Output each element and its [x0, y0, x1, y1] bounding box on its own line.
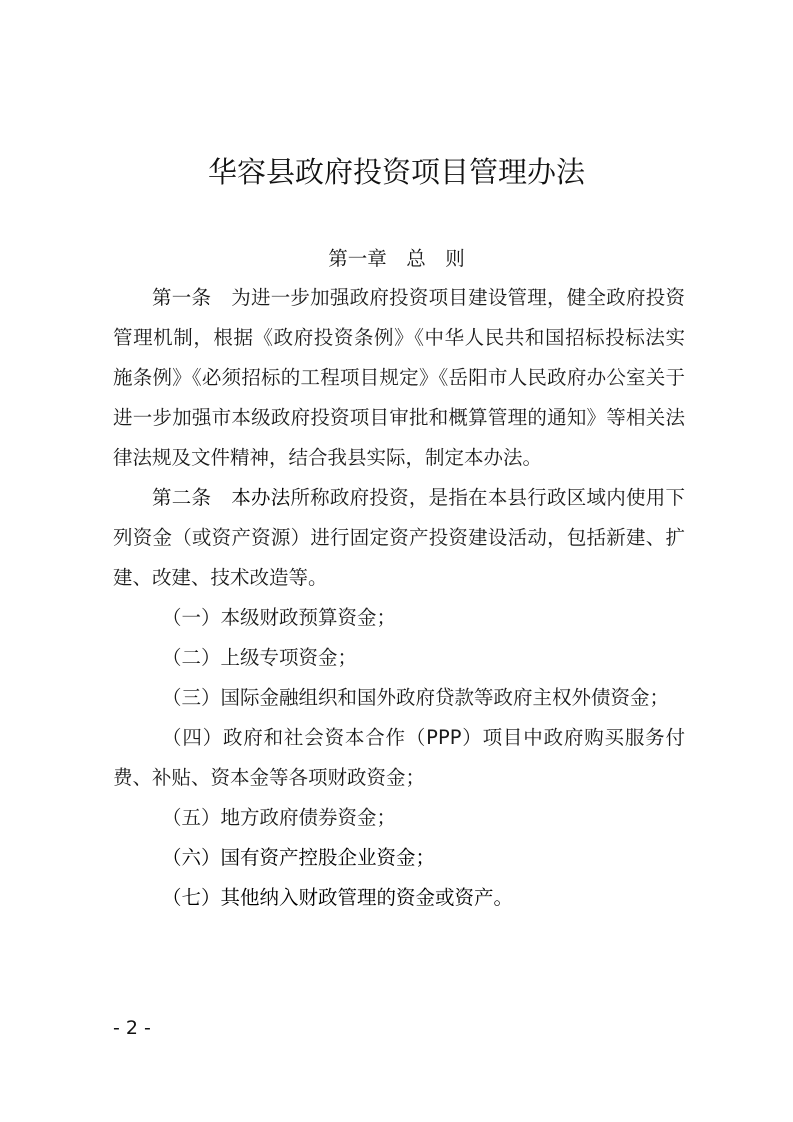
article-2: 第二条本办法所称政府投资，是指在本县行政区域内使用下列资金（或资产资源）进行固定… [113, 478, 685, 598]
document-title: 华容县政府投资项目管理办法 [0, 150, 793, 191]
list-item: （六）国有资产控股企业资金； [113, 838, 685, 878]
list-item: （五）地方政府债券资金； [113, 798, 685, 838]
article-label: 第一条 [152, 286, 211, 309]
article-lead: 本办法 [231, 486, 290, 509]
article-label: 第二条 [152, 486, 211, 509]
page-number: - 2 - [113, 1017, 151, 1039]
list-item: （一）本级财政预算资金； [113, 598, 685, 638]
document-body: 第一条为进一步加强政府投资项目建设管理，健全政府投资管理机制，根据《政府投资条例… [113, 278, 685, 918]
list-item: （三）国际金融组织和国外政府贷款等政府主权外债资金； [113, 678, 685, 718]
list-item: （二）上级专项资金； [113, 638, 685, 678]
article-text: 为进一步加强政府投资项目建设管理，健全政府投资管理机制，根据《政府投资条例》《中… [113, 286, 685, 469]
chapter-heading: 第一章 总 则 [0, 243, 793, 271]
list-item: （七）其他纳入财政管理的资金或资产。 [113, 878, 685, 918]
article-1: 第一条为进一步加强政府投资项目建设管理，健全政府投资管理机制，根据《政府投资条例… [113, 278, 685, 478]
list-item: （四）政府和社会资本合作（PPP）项目中政府购买服务付费、补贴、资本金等各项财政… [113, 718, 685, 798]
document-page: 华容县政府投资项目管理办法 第一章 总 则 第一条为进一步加强政府投资项目建设管… [0, 0, 793, 1122]
